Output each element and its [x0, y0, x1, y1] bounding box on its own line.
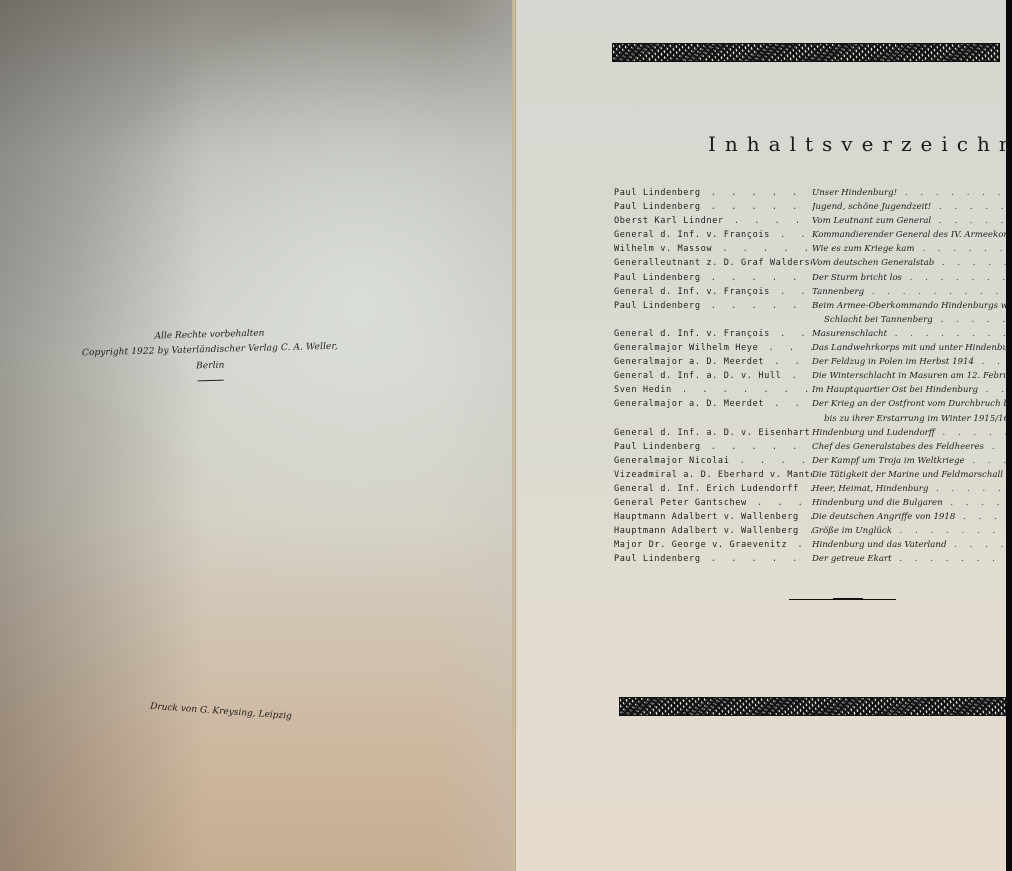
- toc-author: General d. Inf. v. François . . . .: [614, 327, 812, 341]
- toc-title: Der getreue Ekart . . . . . . . .: [812, 552, 1006, 566]
- toc-entry: General d. Inf. a. D. v. Eisenhart Rothe…: [614, 426, 1006, 440]
- toc-title: Im Hauptquartier Ost bei Hindenburg . . …: [812, 383, 1006, 397]
- toc-entry: Paul Lindenberg . . . . . . . Der Sturm …: [614, 271, 1006, 285]
- toc-title: Der Krieg an der Ostfront vom Durchbruch…: [812, 397, 1006, 425]
- toc-author: Sven Hedin . . . . . . . .: [614, 383, 812, 397]
- toc-title: Vom deutschen Generalstab . . . . . .: [812, 256, 1006, 270]
- toc-author: General d. Inf. v. François . . . .: [614, 285, 812, 299]
- toc-entry: Oberst Karl Lindner . . . . . Vom Leutna…: [614, 214, 1006, 228]
- toc-entry: General d. Inf. v. François . . . . Tann…: [614, 285, 1006, 299]
- toc-title: Heer, Heimat, Hindenburg . . . . . .: [812, 482, 1006, 496]
- toc-title: Unser Hindenburg! . . . . . . .: [812, 186, 1006, 200]
- toc-title: Kommandierender General des IV. Armeekor…: [812, 228, 1006, 242]
- toc-entry: Generalmajor a. D. Meerdet . . . . Der F…: [614, 355, 1006, 369]
- toc-author: Paul Lindenberg . . . . . . .: [614, 186, 812, 200]
- toc-entry: General d. Inf. v. François . . . . Komm…: [614, 228, 1006, 242]
- toc-title: Hindenburg und das Vaterland . . . . .: [812, 538, 1006, 552]
- page-edge-shadow: [1006, 0, 1012, 871]
- copyright-notice: Copyright 1922 by Vaterländischer Verlag…: [80, 339, 341, 378]
- toc-entry: General d. Inf. a. D. v. Hull . . . . Di…: [614, 369, 1006, 383]
- toc-title-continuation: Schlacht bei Tannenberg . . . . .: [812, 313, 1006, 327]
- toc-entry: Generalmajor a. D. Meerdet . . . . Der K…: [614, 397, 1006, 425]
- toc-entry: Generalmajor Nicolai . . . . . . Der Kam…: [614, 454, 1006, 468]
- toc-entry: General d. Inf. Erich Ludendorff . . . H…: [614, 482, 1006, 496]
- toc-entry: General Peter Gantschew . . . . . Hinden…: [614, 496, 1006, 510]
- toc-title: Die deutschen Angriffe von 1918 . . . .: [812, 510, 1006, 524]
- toc-author: Paul Lindenberg . . . . . . .: [614, 440, 812, 454]
- toc-title-continuation: bis zu ihrer Erstarrung im Winter 1915/1…: [812, 412, 1006, 426]
- toc-title: Das Landwehrkorps mit und unter Hindenbu…: [812, 341, 1006, 355]
- toc-entry: Vizeadmiral a. D. Eberhard v. Mantey: Di…: [614, 468, 1006, 482]
- toc-entry: Generalmajor Wilhelm Heye . . . . Das La…: [614, 341, 1006, 355]
- toc-author: Generalmajor Wilhelm Heye . . . .: [614, 341, 812, 355]
- toc-author: General d. Inf. a. D. v. Hull . . . .: [614, 369, 812, 383]
- toc-entry: Paul Lindenberg . . . . . . . Jugend, sc…: [614, 200, 1006, 214]
- toc-entry: General d. Inf. v. François . . . . Masu…: [614, 327, 1006, 341]
- toc-entry: Sven Hedin . . . . . . . . Im Hauptquart…: [614, 383, 1006, 397]
- bottom-ornament-border: [620, 698, 1006, 715]
- toc-title: Masurenschlacht . . . . . . . .: [812, 327, 1006, 341]
- imprint-block: Alle Rechte vorbehalten Copyright 1922 b…: [79, 325, 340, 385]
- toc-title: Die Tätigkeit der Marine und Feldmarscha…: [812, 468, 1006, 482]
- toc-author: Oberst Karl Lindner . . . . .: [614, 214, 812, 228]
- toc-author: Hauptmann Adalbert v. Wallenberg .: [614, 524, 812, 538]
- toc-author: Paul Lindenberg . . . . . . .: [614, 271, 812, 285]
- toc-author: Generalleutnant z. D. Graf Waldersee:: [614, 256, 812, 270]
- toc-entry: Paul Lindenberg . . . . . . . Der getreu…: [614, 552, 1006, 566]
- toc-entry: Paul Lindenberg . . . . . . . Beim Armee…: [614, 299, 1006, 327]
- book-spread: Alle Rechte vorbehalten Copyright 1922 b…: [0, 0, 1012, 871]
- toc-author: Wilhelm v. Massow . . . . . .: [614, 242, 812, 256]
- toc-title: Vom Leutnant zum General . . . . . .: [812, 214, 1006, 228]
- toc-author: Paul Lindenberg . . . . . . .: [614, 200, 812, 214]
- toc-author: General d. Inf. Erich Ludendorff . . .: [614, 482, 812, 496]
- toc-entry: Paul Lindenberg . . . . . . . Chef des G…: [614, 440, 1006, 454]
- toc-author: Major Dr. George v. Graevenitz . . .: [614, 538, 812, 552]
- toc-author: Paul Lindenberg . . . . . . .: [614, 552, 812, 566]
- toc-title: Der Kampf um Troja im Weltkriege . . . .: [812, 454, 1006, 468]
- toc-title: Der Feldzug in Polen im Herbst 1914 . . …: [812, 355, 1006, 369]
- toc-title: Hindenburg und Ludendorff . . . . . .: [812, 426, 1006, 440]
- toc-heading: Inhaltsverzeichnis: [708, 132, 978, 156]
- toc-entry: Generalleutnant z. D. Graf Waldersee: Vo…: [614, 256, 1006, 270]
- toc-author: Hauptmann Adalbert v. Wallenberg .: [614, 510, 812, 524]
- toc-title: Chef des Generalstabes des Feldheeres . …: [812, 440, 1006, 454]
- toc-title: Größe im Unglück . . . . . . . .: [812, 524, 1006, 538]
- toc-title: Die Winterschlacht in Masuren am 12. Feb…: [812, 369, 1006, 383]
- toc-title: Jugend, schöne Jugendzeit! . . . . .: [812, 200, 1006, 214]
- toc-author: Vizeadmiral a. D. Eberhard v. Mantey:: [614, 468, 812, 482]
- toc-entry: Hauptmann Adalbert v. Wallenberg . Die d…: [614, 510, 1006, 524]
- toc-author: Generalmajor a. D. Meerdet . . . .: [614, 355, 812, 369]
- toc-author: Generalmajor a. D. Meerdet . . . .: [614, 397, 812, 425]
- closing-rule: [789, 599, 896, 600]
- toc-author: General Peter Gantschew . . . . .: [614, 496, 812, 510]
- top-ornament-border: [613, 44, 999, 61]
- toc-title: Beim Armee-Oberkommando Hindenburgs währ…: [812, 299, 1006, 327]
- toc-author: General d. Inf. v. François . . . .: [614, 228, 812, 242]
- toc-entry: Major Dr. George v. Graevenitz . . . Hin…: [614, 538, 1006, 552]
- toc-author: Generalmajor Nicolai . . . . . .: [614, 454, 812, 468]
- toc-author: Paul Lindenberg . . . . . . .: [614, 299, 812, 327]
- toc-title: Wie es zum Kriege kam . . . . . . .: [812, 242, 1006, 256]
- toc-title: Tannenberg . . . . . . . . .: [812, 285, 1006, 299]
- toc-author: General d. Inf. a. D. v. Eisenhart Rothe…: [614, 426, 812, 440]
- toc-title: Hindenburg und die Bulgaren . . . . .: [812, 496, 1006, 510]
- left-page: [0, 0, 514, 871]
- toc-entry: Paul Lindenberg . . . . . . . Unser Hind…: [614, 186, 1006, 200]
- table-of-contents: Paul Lindenberg . . . . . . . Unser Hind…: [614, 186, 1006, 567]
- toc-entry: Wilhelm v. Massow . . . . . . Wie es zum…: [614, 242, 1006, 256]
- toc-entry: Hauptmann Adalbert v. Wallenberg . Größe…: [614, 524, 1006, 538]
- toc-title: Der Sturm bricht los . . . . . . .: [812, 271, 1006, 285]
